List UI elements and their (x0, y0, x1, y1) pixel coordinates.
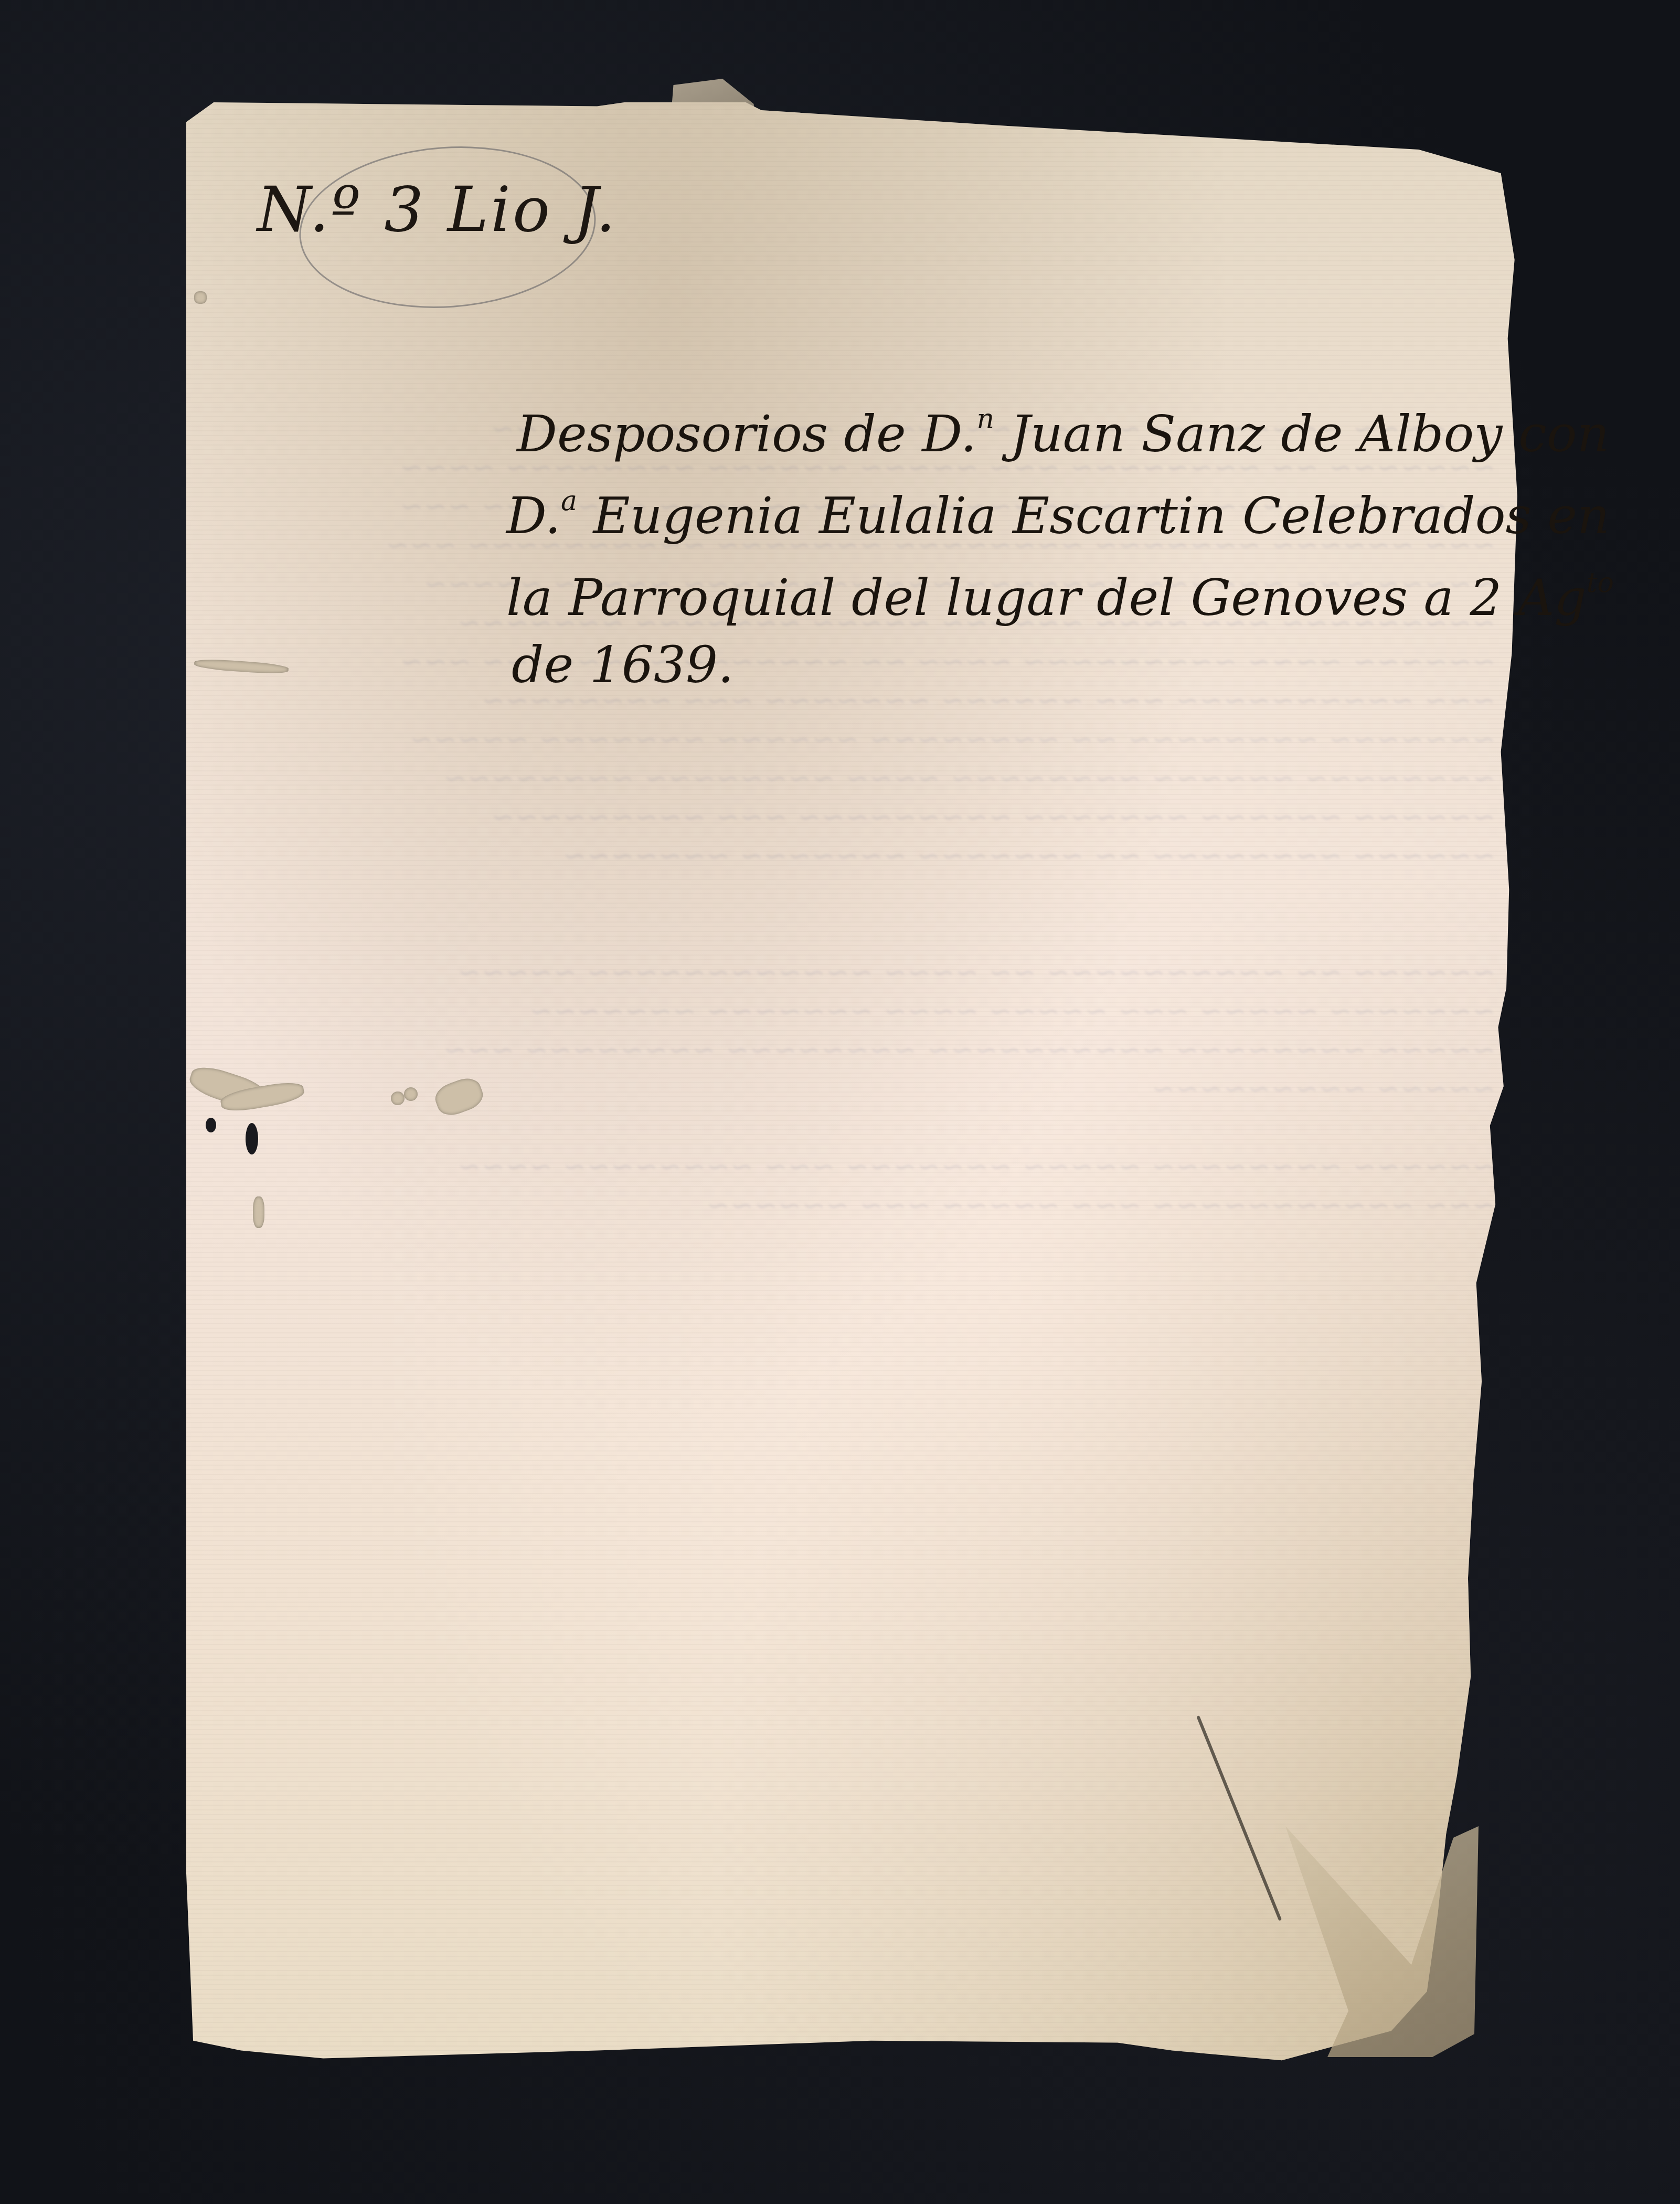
document-title: Desposorios de D.n Juan Sanz de Alboy co… (517, 386, 1524, 698)
title-line-1: Desposorios de D.n Juan Sanz de Alboy co… (517, 386, 1524, 468)
paper-damage-hole (206, 1118, 216, 1132)
paper-damage-hole (194, 291, 207, 304)
title-line-3: la Parroquial del lugar del Genoves a 2 … (506, 549, 1524, 631)
title-line-2: D.a Eugenia Eulalia Escartin Celebrados … (506, 468, 1524, 549)
archive-reference-number: N.º 3 Lio J. (257, 173, 618, 246)
title-line-4: de 1639. (512, 631, 1524, 698)
